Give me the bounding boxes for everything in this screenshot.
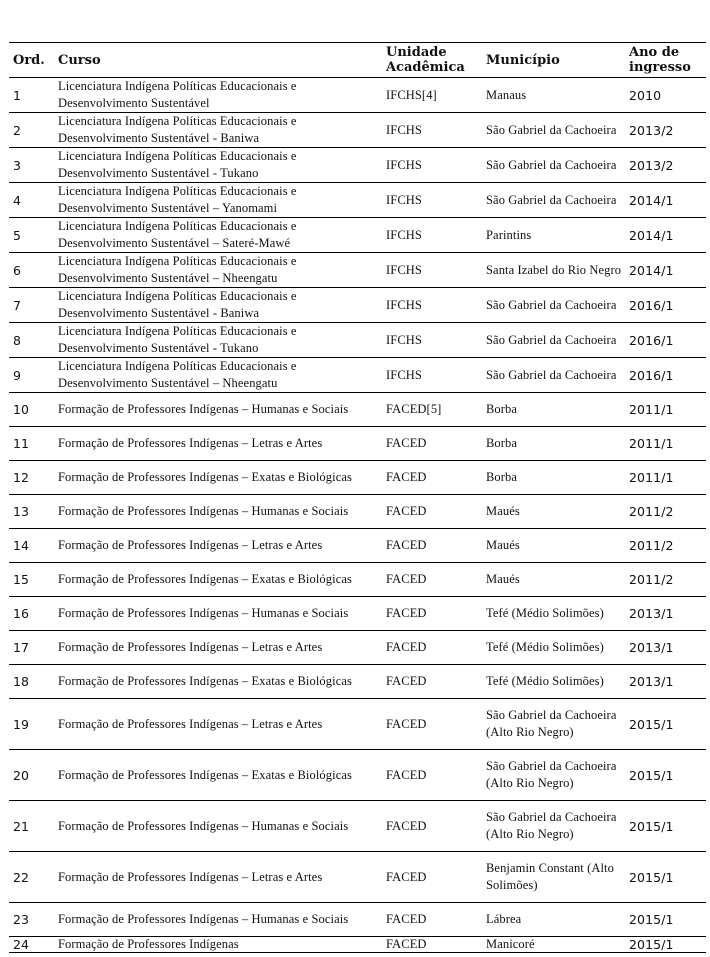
table-row: 15Formação de Professores Indígenas – Ex… [9, 563, 706, 597]
cell-curso: Licenciatura Indígena Políticas Educacio… [54, 113, 382, 148]
cell-ano: 2013/1 [625, 665, 706, 699]
cell-curso: Formação de Professores Indígenas – Letr… [54, 631, 382, 665]
cell-unidade: FACED [382, 937, 482, 953]
cell-unidade: IFCHS [382, 253, 482, 288]
cell-municipio: Maués [482, 495, 625, 529]
cell-municipio: São Gabriel da Cachoeira [482, 113, 625, 148]
cell-curso: Formação de Professores Indígenas [54, 937, 382, 953]
cell-curso: Formação de Professores Indígenas – Exat… [54, 750, 382, 801]
table-row: 20Formação de Professores Indígenas – Ex… [9, 750, 706, 801]
cell-ord: 20 [9, 750, 54, 801]
cell-unidade: FACED [382, 563, 482, 597]
cell-curso: Licenciatura Indígena Políticas Educacio… [54, 148, 382, 183]
cell-unidade: IFCHS [382, 323, 482, 358]
table-row: 5Licenciatura Indígena Políticas Educaci… [9, 218, 706, 253]
cell-unidade: FACED [382, 665, 482, 699]
cell-ord: 22 [9, 852, 54, 903]
table-row: 7Licenciatura Indígena Políticas Educaci… [9, 288, 706, 323]
cell-ano: 2011/1 [625, 461, 706, 495]
cell-unidade: FACED [382, 699, 482, 750]
table-row: 6Licenciatura Indígena Políticas Educaci… [9, 253, 706, 288]
cell-ano: 2011/2 [625, 529, 706, 563]
cell-ano: 2011/1 [625, 427, 706, 461]
cell-ord: 13 [9, 495, 54, 529]
cell-ano: 2013/1 [625, 597, 706, 631]
cell-ano: 2013/2 [625, 148, 706, 183]
cell-curso: Formação de Professores Indígenas – Huma… [54, 903, 382, 937]
cell-ord: 10 [9, 393, 54, 427]
cell-ord: 24 [9, 937, 54, 953]
cell-municipio: São Gabriel da Cachoeira [482, 183, 625, 218]
cell-ano: 2011/2 [625, 495, 706, 529]
cell-ord: 14 [9, 529, 54, 563]
cell-curso: Formação de Professores Indígenas – Huma… [54, 495, 382, 529]
table-row: 9Licenciatura Indígena Políticas Educaci… [9, 358, 706, 393]
cell-unidade: FACED [382, 529, 482, 563]
cell-municipio: São Gabriel da Cachoeira [482, 148, 625, 183]
table-row: 8Licenciatura Indígena Políticas Educaci… [9, 323, 706, 358]
cell-municipio: Maués [482, 563, 625, 597]
cell-ord: 3 [9, 148, 54, 183]
header-curso: Curso [54, 43, 382, 78]
cell-municipio: São Gabriel da Cachoeira [482, 358, 625, 393]
cell-unidade: IFCHS [382, 358, 482, 393]
cell-ord: 8 [9, 323, 54, 358]
cell-municipio: Manaus [482, 78, 625, 113]
table-row: 13Formação de Professores Indígenas – Hu… [9, 495, 706, 529]
cell-ord: 21 [9, 801, 54, 852]
cell-ano: 2016/1 [625, 288, 706, 323]
cell-ord: 4 [9, 183, 54, 218]
cell-ano: 2013/1 [625, 631, 706, 665]
table-row: 11Formação de Professores Indígenas – Le… [9, 427, 706, 461]
cell-ano: 2011/1 [625, 393, 706, 427]
cell-municipio: Parintins [482, 218, 625, 253]
cell-ord: 2 [9, 113, 54, 148]
cell-curso: Formação de Professores Indígenas – Huma… [54, 597, 382, 631]
table-row: 4Licenciatura Indígena Políticas Educaci… [9, 183, 706, 218]
cell-curso: Formação de Professores Indígenas – Letr… [54, 852, 382, 903]
cell-municipio: Borba [482, 461, 625, 495]
cell-curso: Formação de Professores Indígenas – Letr… [54, 699, 382, 750]
cell-municipio: São Gabriel da Cachoeira [482, 323, 625, 358]
cell-ano: 2015/1 [625, 801, 706, 852]
cell-ano: 2013/2 [625, 113, 706, 148]
table-header-row: Ord. Curso Unidade Acadêmica Município A… [9, 43, 706, 78]
cell-curso: Licenciatura Indígena Políticas Educacio… [54, 253, 382, 288]
cell-curso: Licenciatura Indígena Políticas Educacio… [54, 358, 382, 393]
header-ord: Ord. [9, 43, 54, 78]
cell-ord: 17 [9, 631, 54, 665]
cell-municipio: Tefé (Médio Solimões) [482, 597, 625, 631]
cell-ano: 2016/1 [625, 358, 706, 393]
cell-unidade: FACED [382, 461, 482, 495]
cell-unidade: FACED [382, 801, 482, 852]
cell-curso: Formação de Professores Indígenas – Huma… [54, 801, 382, 852]
cell-ano: 2015/1 [625, 750, 706, 801]
cell-ano: 2014/1 [625, 218, 706, 253]
header-unidade: Unidade Acadêmica [382, 43, 482, 78]
cell-curso: Formação de Professores Indígenas – Exat… [54, 665, 382, 699]
cell-ord: 23 [9, 903, 54, 937]
cell-municipio: Borba [482, 427, 625, 461]
cell-ord: 19 [9, 699, 54, 750]
cell-ord: 12 [9, 461, 54, 495]
cell-municipio: São Gabriel da Cachoeira (Alto Rio Negro… [482, 750, 625, 801]
cell-unidade: FACED [382, 750, 482, 801]
cell-municipio: São Gabriel da Cachoeira (Alto Rio Negro… [482, 699, 625, 750]
courses-table: Ord. Curso Unidade Acadêmica Município A… [9, 42, 706, 953]
table-row: 17Formação de Professores Indígenas – Le… [9, 631, 706, 665]
cell-municipio: Lábrea [482, 903, 625, 937]
cell-ord: 16 [9, 597, 54, 631]
cell-ord: 18 [9, 665, 54, 699]
cell-unidade: IFCHS [382, 218, 482, 253]
cell-ord: 7 [9, 288, 54, 323]
cell-ano: 2010 [625, 78, 706, 113]
table-row: 16Formação de Professores Indígenas – Hu… [9, 597, 706, 631]
table-row: 12Formação de Professores Indígenas – Ex… [9, 461, 706, 495]
cell-ano: 2015/1 [625, 903, 706, 937]
cell-ano: 2014/1 [625, 253, 706, 288]
cell-ord: 15 [9, 563, 54, 597]
cell-unidade: FACED [382, 427, 482, 461]
cell-municipio: Tefé (Médio Solimões) [482, 665, 625, 699]
cell-municipio: Borba [482, 393, 625, 427]
cell-curso: Licenciatura Indígena Políticas Educacio… [54, 218, 382, 253]
table-row: 1Licenciatura Indígena Políticas Educaci… [9, 78, 706, 113]
cell-municipio: Maués [482, 529, 625, 563]
cell-curso: Formação de Professores Indígenas – Exat… [54, 563, 382, 597]
cell-ord: 11 [9, 427, 54, 461]
cell-curso: Licenciatura Indígena Políticas Educacio… [54, 183, 382, 218]
cell-curso: Formação de Professores Indígenas – Huma… [54, 393, 382, 427]
cell-unidade: FACED [382, 631, 482, 665]
cell-ano: 2014/1 [625, 183, 706, 218]
table-row: 18Formação de Professores Indígenas – Ex… [9, 665, 706, 699]
header-ano: Ano de ingresso [625, 43, 706, 78]
cell-unidade: IFCHS [382, 113, 482, 148]
cell-municipio: São Gabriel da Cachoeira (Alto Rio Negro… [482, 801, 625, 852]
cell-municipio: Benjamin Constant (Alto Solimões) [482, 852, 625, 903]
cell-curso: Formação de Professores Indígenas – Exat… [54, 461, 382, 495]
cell-unidade: FACED [382, 495, 482, 529]
table-row: 22Formação de Professores Indígenas – Le… [9, 852, 706, 903]
cell-municipio: Santa Izabel do Rio Negro [482, 253, 625, 288]
cell-ord: 6 [9, 253, 54, 288]
cell-unidade: IFCHS [382, 148, 482, 183]
table-row: 21Formação de Professores Indígenas – Hu… [9, 801, 706, 852]
cell-curso: Licenciatura Indígena Políticas Educacio… [54, 323, 382, 358]
cell-ano: 2015/1 [625, 699, 706, 750]
cell-ano: 2015/1 [625, 852, 706, 903]
cell-municipio: Manicoré [482, 937, 625, 953]
cell-unidade: IFCHS [382, 183, 482, 218]
table-row: 10Formação de Professores Indígenas – Hu… [9, 393, 706, 427]
cell-ano: 2016/1 [625, 323, 706, 358]
cell-municipio: São Gabriel da Cachoeira [482, 288, 625, 323]
cell-unidade: FACED [382, 597, 482, 631]
cell-ord: 9 [9, 358, 54, 393]
cell-curso: Licenciatura Indígena Políticas Educacio… [54, 78, 382, 113]
cell-ord: 1 [9, 78, 54, 113]
table-row: 24Formação de Professores IndígenasFACED… [9, 937, 706, 953]
table-row: 23Formação de Professores Indígenas – Hu… [9, 903, 706, 937]
table-row: 3Licenciatura Indígena Políticas Educaci… [9, 148, 706, 183]
cell-municipio: Tefé (Médio Solimões) [482, 631, 625, 665]
cell-ano: 2011/2 [625, 563, 706, 597]
cell-unidade: IFCHS [382, 288, 482, 323]
cell-unidade: FACED [382, 852, 482, 903]
cell-ano: 2015/1 [625, 937, 706, 953]
cell-curso: Formação de Professores Indígenas – Letr… [54, 427, 382, 461]
cell-unidade: FACED[5] [382, 393, 482, 427]
table-row: 14Formação de Professores Indígenas – Le… [9, 529, 706, 563]
cell-ord: 5 [9, 218, 54, 253]
cell-unidade: FACED [382, 903, 482, 937]
header-municipio: Município [482, 43, 625, 78]
cell-curso: Formação de Professores Indígenas – Letr… [54, 529, 382, 563]
cell-curso: Licenciatura Indígena Políticas Educacio… [54, 288, 382, 323]
table-row: 2Licenciatura Indígena Políticas Educaci… [9, 113, 706, 148]
cell-unidade: IFCHS[4] [382, 78, 482, 113]
table-row: 19Formação de Professores Indígenas – Le… [9, 699, 706, 750]
